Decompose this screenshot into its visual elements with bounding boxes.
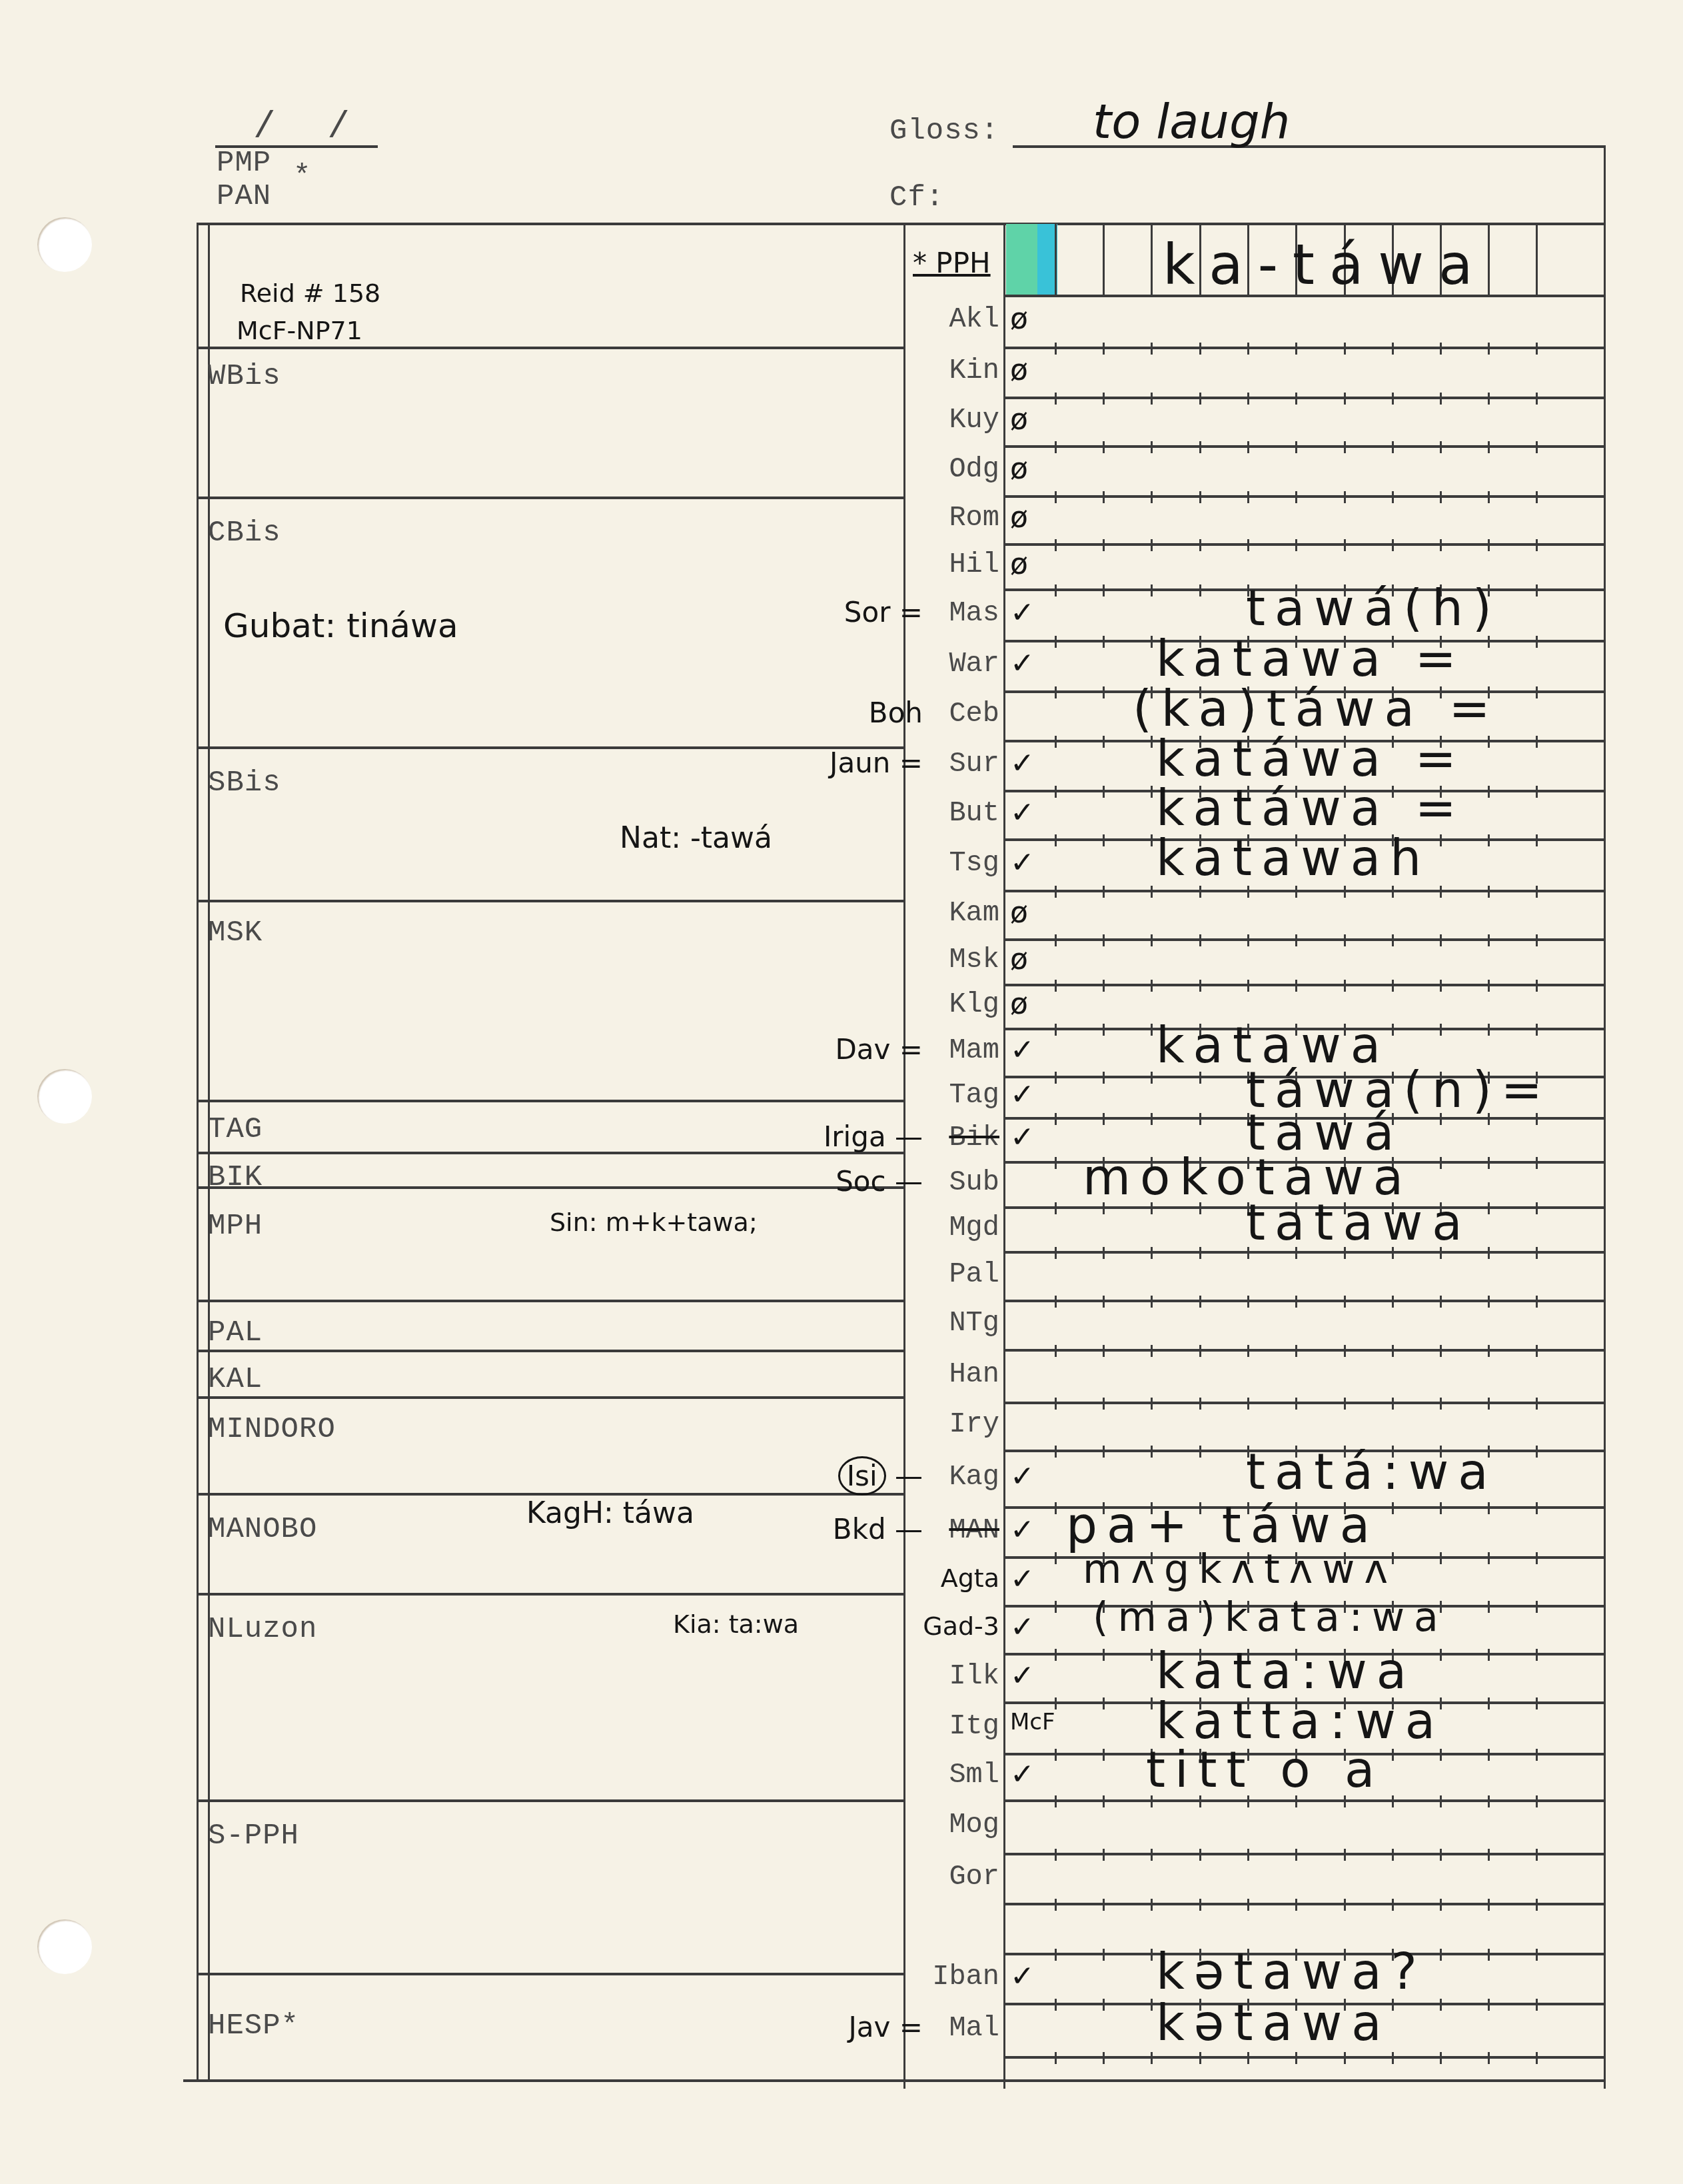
row-subgroup-annotation: Dav = (836, 1033, 923, 1066)
row-tick (1440, 1024, 1442, 1036)
row-rule (1003, 1251, 1606, 1254)
row-subgroup-annotation: Isi — (838, 1460, 923, 1492)
row-tick (1055, 584, 1057, 596)
frame-right-upper (1604, 145, 1606, 225)
row-tick (1055, 636, 1057, 648)
row-language-code: Msk (906, 944, 999, 976)
check-mark-icon: ✓ (1010, 1562, 1035, 1596)
row-reflex-form[interactable]: katawa = (1156, 630, 1466, 688)
section-divider (197, 1799, 905, 1802)
row-rule (1003, 543, 1606, 546)
row-tick (1055, 786, 1057, 798)
row-tick (1247, 934, 1249, 946)
row-tick (1536, 584, 1538, 596)
section-divider (197, 1300, 905, 1302)
row-tick (1295, 1398, 1297, 1410)
row-tick (1151, 1398, 1153, 1410)
row-tick (1488, 1502, 1490, 1514)
row-tick (1199, 886, 1201, 898)
row-tick (1295, 886, 1297, 898)
pmp-asterisk: * (293, 160, 311, 193)
row-tick (1055, 1446, 1057, 1458)
row-tick (1151, 2052, 1153, 2064)
row-tick (1055, 980, 1057, 992)
row-tick (1055, 1072, 1057, 1084)
check-mark-icon: ✓ (1010, 1757, 1035, 1791)
check-mark-icon: ✓ (1010, 796, 1035, 830)
frame-right (1604, 223, 1606, 2089)
row-tick (1103, 1446, 1105, 1458)
section-note: Gubat: tináwa (223, 606, 458, 645)
row-tick (1103, 441, 1105, 453)
row-tick (1536, 1749, 1538, 1761)
check-mark-icon: ✓ (1010, 846, 1035, 880)
row-tick (1536, 1949, 1538, 1961)
frame-top (197, 223, 1606, 225)
row-tick (1536, 343, 1538, 355)
row-tick (1488, 441, 1490, 453)
row-language-code: Pal (906, 1258, 999, 1290)
row-tick (1295, 539, 1297, 551)
row-tick (1344, 393, 1346, 405)
row-tick (1488, 1949, 1490, 1961)
row-tick (1488, 980, 1490, 992)
row-tick (1103, 584, 1105, 596)
row-tick (1055, 2052, 1057, 2064)
frame-grid-left (1003, 223, 1005, 2089)
row-subgroup-annotation: Jav = (848, 2011, 923, 2043)
row-reflex-form[interactable]: kata:wa (1156, 1643, 1416, 1700)
section-label: NLuzon (208, 1613, 317, 1646)
row-tick (1103, 1999, 1105, 2011)
row-tick (1199, 1247, 1201, 1259)
check-mark-icon: ✓ (1010, 646, 1035, 680)
row-tick (1295, 1296, 1297, 1308)
row-tick (1344, 886, 1346, 898)
row-tick (1536, 886, 1538, 898)
row-tick (1295, 934, 1297, 946)
row-tick (1488, 1247, 1490, 1259)
row-tick (1055, 686, 1057, 698)
pmp-label: PMP (217, 147, 271, 180)
row-tick (1536, 539, 1538, 551)
row-tick (1151, 491, 1153, 503)
row-tick (1151, 539, 1153, 551)
row-tick (1488, 539, 1490, 551)
row-tick (1103, 834, 1105, 846)
section-label: WBis (208, 360, 281, 393)
proto-cell-divider (1055, 224, 1057, 296)
row-tick (1440, 1749, 1442, 1761)
row-language-code: Iry (906, 1408, 999, 1440)
row-tick (1440, 1157, 1442, 1169)
row-tick (1055, 886, 1057, 898)
row-tick (1151, 584, 1153, 596)
row-tick (1199, 1398, 1201, 1410)
row-tick (1055, 441, 1057, 453)
row-tick (1344, 1296, 1346, 1308)
row-tick (1103, 786, 1105, 798)
row-tick (1440, 1296, 1442, 1308)
section-label: PAL (208, 1316, 263, 1350)
row-language-code: Klg (906, 988, 999, 1020)
frame-bottom (183, 2079, 1606, 2082)
row-tick (1199, 539, 1201, 551)
row-tick (1536, 786, 1538, 798)
row-tick (1199, 1849, 1201, 1861)
row-tick (1536, 1446, 1538, 1458)
row-tick (1199, 2052, 1201, 2064)
row-tick (1536, 1247, 1538, 1259)
row-tick (1440, 1849, 1442, 1861)
row-tick (1103, 343, 1105, 355)
row-tick (1392, 1296, 1394, 1308)
row-tick (1488, 1552, 1490, 1564)
row-tick (1536, 980, 1538, 992)
check-mark-icon: ✓ (1010, 1078, 1035, 1112)
row-reflex-form[interactable]: kətawa? (1156, 1943, 1426, 2001)
row-tick (1247, 539, 1249, 551)
row-subgroup-annotation: Jaun = (830, 746, 923, 779)
row-tick (1103, 539, 1105, 551)
row-tick (1199, 1296, 1201, 1308)
row-tick (1199, 584, 1201, 596)
gloss-value[interactable]: to laugh (1093, 93, 1290, 149)
row-tick (1344, 539, 1346, 551)
row-tick (1392, 934, 1394, 946)
absent-mark-icon: ø (1010, 353, 1028, 387)
row-tick (1488, 1899, 1490, 1911)
row-tick (1488, 1795, 1490, 1807)
row-tick (1055, 1296, 1057, 1308)
row-tick (1055, 1398, 1057, 1410)
row-tick (1344, 441, 1346, 453)
row-language-code: War (906, 648, 999, 680)
row-language-code: NTg (906, 1307, 999, 1339)
section-divider (197, 347, 905, 349)
row-tick (1247, 1296, 1249, 1308)
row-tick (1488, 636, 1490, 648)
row-tick (1103, 934, 1105, 946)
row-tick (1392, 1502, 1394, 1514)
row-tick (1440, 934, 1442, 946)
row-tick (1151, 1113, 1153, 1125)
absent-mark-icon: ø (1010, 302, 1028, 336)
row-language-code: Kuy (906, 404, 999, 436)
absent-mark-icon: ø (1010, 452, 1028, 486)
section-note: Kia: ta:wa (673, 1610, 799, 1639)
row-tick (1199, 1345, 1201, 1357)
row-tick (1199, 393, 1201, 405)
row-tick (1344, 1398, 1346, 1410)
row-tick (1247, 343, 1249, 355)
row-tick (1440, 343, 1442, 355)
absent-mark-icon: ø (1010, 942, 1028, 976)
row-tick (1103, 2052, 1105, 2064)
row-tick (1392, 491, 1394, 503)
row-tick (1392, 441, 1394, 453)
row-tick (1344, 980, 1346, 992)
row-tick (1151, 980, 1153, 992)
row-language-code: Ilk (906, 1660, 999, 1692)
row-tick (1103, 980, 1105, 992)
row-tick (1440, 1345, 1442, 1357)
row-tick (1488, 1749, 1490, 1761)
row-tick (1247, 2052, 1249, 2064)
row-tick (1055, 1949, 1057, 1961)
row-tick (1344, 1345, 1346, 1357)
row-tick (1199, 1113, 1201, 1125)
proto-cell-divider (1103, 224, 1105, 296)
row-tick (1392, 2052, 1394, 2064)
row-tick (1151, 1024, 1153, 1036)
row-tick (1295, 1345, 1297, 1357)
row-language-code: Gad-3 (906, 1612, 999, 1641)
proto-form[interactable]: ka-táwa (1163, 232, 1488, 297)
row-tick (1055, 343, 1057, 355)
row-tick (1103, 1697, 1105, 1709)
row-tick (1055, 1157, 1057, 1169)
row-tick (1392, 1749, 1394, 1761)
row-tick (1055, 1202, 1057, 1214)
row-reflex-form[interactable]: mʌgkʌtʌwʌ (1083, 1546, 1397, 1593)
row-tick (1344, 491, 1346, 503)
row-tick (1488, 1697, 1490, 1709)
row-tick (1103, 491, 1105, 503)
row-rule (1003, 347, 1606, 349)
row-language-code: Sml (906, 1759, 999, 1791)
row-subgroup-annotation: Iriga — (824, 1120, 923, 1153)
row-tick (1055, 1697, 1057, 1709)
row-tick (1536, 636, 1538, 648)
row-rule (1003, 1402, 1606, 1404)
row-tick (1536, 1024, 1538, 1036)
row-rule (1003, 1799, 1606, 1802)
row-tick (1536, 736, 1538, 748)
row-tick (1103, 393, 1105, 405)
row-tick (1295, 980, 1297, 992)
proto-cell-divider (1536, 224, 1538, 296)
row-language-code: Itg (906, 1710, 999, 1742)
row-tick (1247, 1849, 1249, 1861)
row-tick (1344, 2052, 1346, 2064)
row-tick (1344, 343, 1346, 355)
section-label: MPH (208, 1210, 263, 1243)
row-tick (1536, 1157, 1538, 1169)
row-tick (1295, 441, 1297, 453)
row-tick (1344, 1899, 1346, 1911)
row-tick (1295, 393, 1297, 405)
row-subgroup-annotation: Soc — (836, 1165, 923, 1198)
row-language-code: Rom (906, 502, 999, 534)
row-tick (1103, 1398, 1105, 1410)
check-mark-icon: ✓ (1010, 596, 1035, 630)
row-tick (1440, 1649, 1442, 1661)
row-language-code: Tsg (906, 847, 999, 879)
row-language-code: But (906, 797, 999, 829)
row-tick (1440, 441, 1442, 453)
row-tick (1151, 1649, 1153, 1661)
proto-label: * PPH (913, 247, 991, 279)
section-label: CBis (208, 517, 281, 550)
absent-mark-icon: ø (1010, 987, 1028, 1021)
row-tick (1295, 491, 1297, 503)
row-reflex-form[interactable]: katawah (1156, 830, 1430, 887)
row-tick (1103, 1024, 1105, 1036)
row-tick (1151, 1849, 1153, 1861)
row-tick (1440, 539, 1442, 551)
row-tick (1103, 1345, 1105, 1357)
row-reflex-form[interactable]: titt o a (1146, 1741, 1384, 1799)
row-tick (1488, 2052, 1490, 2064)
row-tick (1055, 539, 1057, 551)
row-tick (1055, 1113, 1057, 1125)
reference-line-1: Reid # 158 (240, 279, 380, 308)
row-rule (1003, 1853, 1606, 1855)
row-tick (1392, 980, 1394, 992)
section-divider (197, 746, 905, 749)
row-reflex-form[interactable]: (ka)táwa = (1133, 680, 1499, 738)
section-label: KAL (208, 1363, 263, 1396)
row-language-code: Kin (906, 355, 999, 387)
row-tick (1151, 1345, 1153, 1357)
row-tick (1151, 834, 1153, 846)
punch-hole-bottom (37, 1919, 92, 1974)
reference-line-2: McF-NP71 (237, 316, 362, 345)
row-rule (1003, 938, 1606, 941)
check-mark-icon: ✓ (1010, 1120, 1035, 1154)
row-reflex-form[interactable]: tawá(h) (1246, 580, 1501, 637)
row-reflex-form[interactable]: kətawa (1156, 1995, 1391, 2052)
row-tick (1199, 1446, 1201, 1458)
check-mark-icon: ✓ (1010, 1959, 1035, 1993)
row-language-code: Hil (906, 548, 999, 580)
row-tick (1151, 1296, 1153, 1308)
row-tick (1440, 886, 1442, 898)
check-mark-icon: ✓ (1010, 1460, 1035, 1494)
section-note: Nat: -tawá (620, 821, 772, 855)
row-tick (1440, 1949, 1442, 1961)
row-subgroup-annotation: Sor = (844, 596, 923, 628)
section-label: MANOBO (208, 1513, 317, 1546)
row-tick (1392, 1398, 1394, 1410)
row-tick (1488, 1157, 1490, 1169)
row-tick (1199, 1899, 1201, 1911)
row-tick (1536, 1601, 1538, 1613)
row-tick (1103, 1247, 1105, 1259)
row-tick (1151, 441, 1153, 453)
row-tick (1536, 1899, 1538, 1911)
row-tick (1536, 1795, 1538, 1807)
row-tick (1440, 393, 1442, 405)
row-tick (1103, 1849, 1105, 1861)
row-tick (1488, 786, 1490, 798)
row-tick (1151, 934, 1153, 946)
row-tick (1199, 441, 1201, 453)
section-label: SBis (208, 766, 281, 800)
row-tick (1103, 686, 1105, 698)
row-tick (1536, 1649, 1538, 1661)
row-tick (1488, 1202, 1490, 1214)
row-tick (1151, 1072, 1153, 1084)
row-tick (1440, 1398, 1442, 1410)
row-tick (1055, 1999, 1057, 2011)
row-tick (1440, 1999, 1442, 2011)
row-tick (1392, 1345, 1394, 1357)
row-tick (1488, 1849, 1490, 1861)
row-tick (1488, 393, 1490, 405)
section-note: Sin: m+k+tawa; (550, 1208, 758, 1237)
row-rule (1003, 1903, 1606, 1905)
row-tick (1392, 343, 1394, 355)
row-rule (1003, 2056, 1606, 2059)
row-tick (1392, 1999, 1394, 2011)
row-tick (1199, 934, 1201, 946)
row-tick (1536, 1296, 1538, 1308)
row-tick (1055, 1552, 1057, 1564)
row-rule (1003, 890, 1606, 892)
row-tick (1055, 1247, 1057, 1259)
row-tick (1536, 1345, 1538, 1357)
section-label: MSK (208, 916, 263, 950)
row-tick (1440, 1552, 1442, 1564)
cf-label: Cf: (889, 181, 944, 215)
section-divider (197, 1152, 905, 1154)
row-tick (1103, 1072, 1105, 1084)
row-tick (1440, 980, 1442, 992)
row-tick (1199, 491, 1201, 503)
row-tick (1536, 1552, 1538, 1564)
row-tick (1440, 2052, 1442, 2064)
row-tick (1392, 1024, 1394, 1036)
row-tick (1103, 1113, 1105, 1125)
row-tick (1151, 1949, 1153, 1961)
row-tick (1488, 1649, 1490, 1661)
row-tick (1247, 886, 1249, 898)
row-reflex-form[interactable]: (ma)kata:wa (1093, 1594, 1448, 1641)
row-tick (1247, 491, 1249, 503)
section-label: MINDORO (208, 1413, 336, 1446)
row-tick (1392, 393, 1394, 405)
row-tick (1536, 686, 1538, 698)
section-label: HESP* (208, 2009, 299, 2043)
row-language-code: Iban (906, 1961, 999, 1993)
row-reflex-form[interactable]: tatá:wa (1246, 1444, 1498, 1501)
row-tick (1536, 491, 1538, 503)
row-reflex-form[interactable]: tatawa (1246, 1194, 1472, 1252)
check-mark-icon: ✓ (1010, 1033, 1035, 1067)
row-tick (1103, 1296, 1105, 1308)
row-tick (1536, 1398, 1538, 1410)
absent-mark-icon: ø (1010, 896, 1028, 930)
row-tick (1151, 886, 1153, 898)
row-tick (1295, 1899, 1297, 1911)
row-tick (1392, 1849, 1394, 1861)
row-language-code: Mog (906, 1809, 999, 1841)
row-rule (1003, 397, 1606, 399)
row-rule (1003, 1300, 1606, 1302)
absent-mark-icon: ø (1010, 501, 1028, 535)
row-tick (1103, 1899, 1105, 1911)
row-tick (1247, 1345, 1249, 1357)
row-tick (1055, 1749, 1057, 1761)
row-reflex-form[interactable]: katáwa = (1156, 780, 1466, 837)
proto-cell-divider (1151, 224, 1153, 296)
row-tick (1199, 343, 1201, 355)
row-tick (1151, 1446, 1153, 1458)
row-tick (1055, 736, 1057, 748)
row-tick (1103, 736, 1105, 748)
